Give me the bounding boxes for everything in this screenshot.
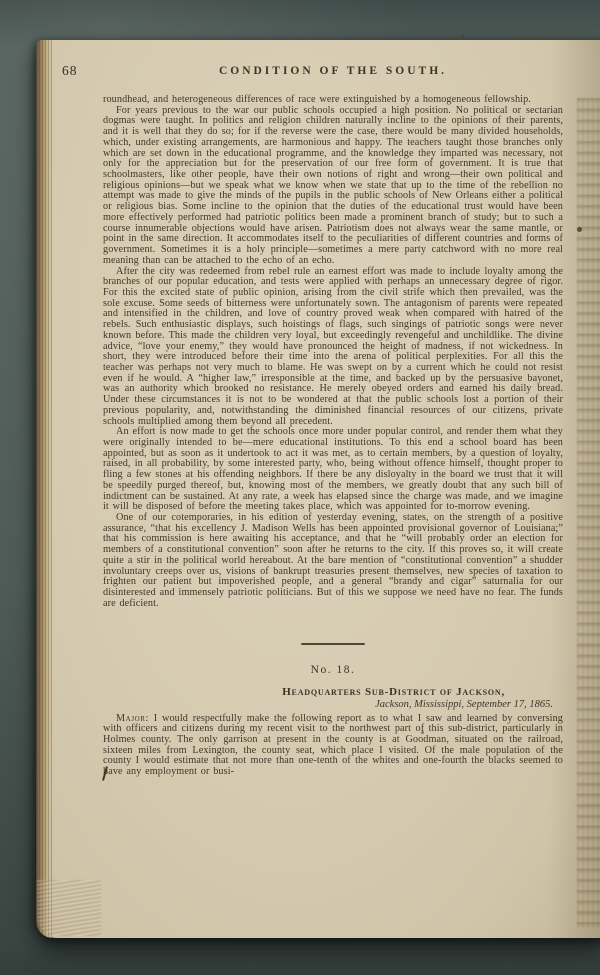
report-text: I would respectfully make the following … [103, 713, 563, 778]
book-page: 68 CONDITION OF THE SOUTH. roundhead, an… [36, 40, 600, 938]
showthrough-text-strip [577, 98, 600, 928]
body-text: roundhead, and heterogeneous differences… [103, 95, 563, 610]
body-paragraph: After the city was redeemed from rebel r… [103, 267, 563, 428]
salutation: Major: [116, 713, 149, 724]
running-header: CONDITION OF THE SOUTH. [103, 65, 563, 77]
body-paragraph: For years previous to the war our public… [103, 106, 563, 267]
report-paragraph: Major: I would respectfully make the fol… [103, 714, 563, 778]
headquarters-line: Headquarters Sub-District of Jackson, [103, 686, 563, 698]
scan-speck [421, 731, 424, 734]
page-content: 68 CONDITION OF THE SOUTH. roundhead, an… [103, 40, 563, 778]
body-paragraph: An effort is now made to get the schools… [103, 427, 563, 513]
page-spine-edge [36, 40, 53, 938]
page-edge-stack [37, 880, 101, 936]
page-number: 68 [62, 63, 78, 79]
dateline: Jackson, Mississippi, September 17, 1865… [103, 699, 563, 710]
scan-speck [577, 227, 582, 232]
section-divider-rule [301, 643, 365, 645]
scan-speck [462, 35, 465, 39]
body-paragraph: One of our cotemporaries, in his edition… [103, 513, 563, 609]
scanner-background: 68 CONDITION OF THE SOUTH. roundhead, an… [0, 0, 600, 975]
section-number: No. 18. [103, 664, 563, 676]
page-header: 68 CONDITION OF THE SOUTH. [103, 65, 563, 81]
